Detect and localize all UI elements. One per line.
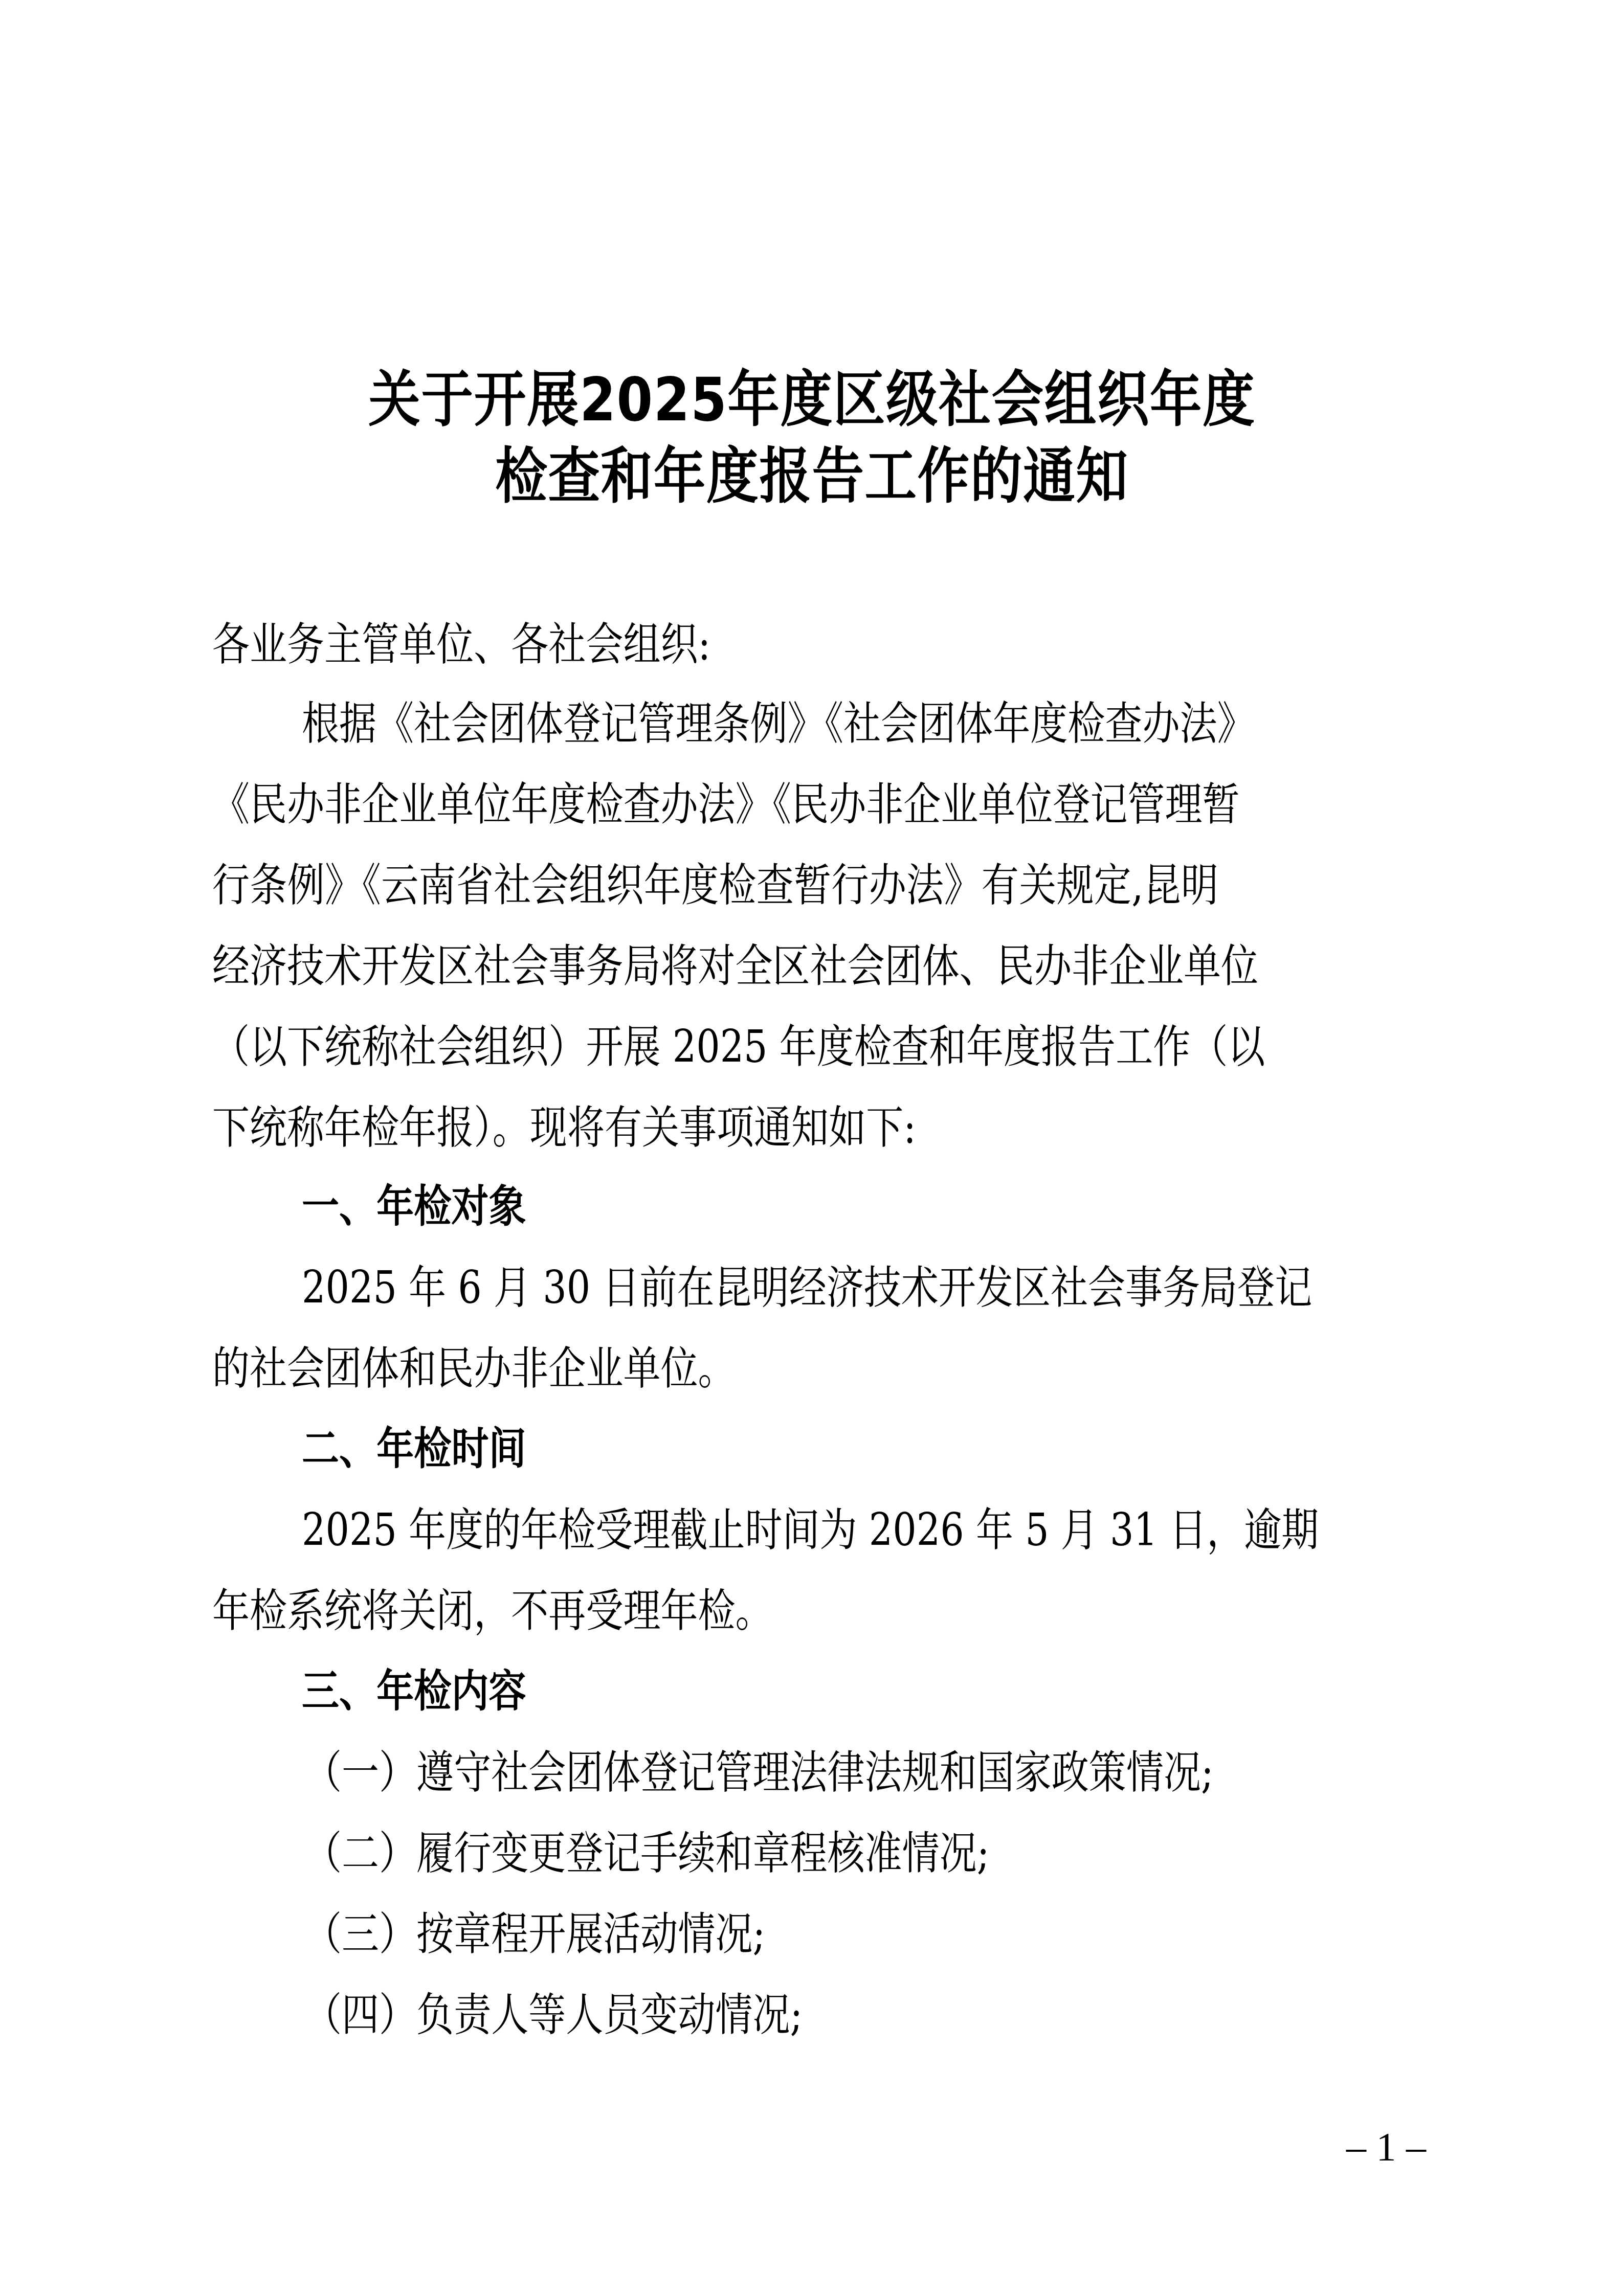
section-text: 年检系统将关闭，不再受理年检。	[212, 1583, 1218, 1639]
intro-line: （以下统称社会组织）开展 2025 年度检查和年度报告工作（以	[212, 1019, 1218, 1075]
content-list-item: （三）按章程开展活动情况;	[304, 1906, 765, 1962]
content-list-item: （一）遵守社会团体登记管理法律法规和国家政策情况;	[304, 1744, 1214, 1800]
document-page: 关于开展2025年度区级社会组织年度 检查和年度报告工作的通知 各业务主管单位、…	[0, 0, 1624, 2296]
intro-line: 根据《社会团体登记管理条例》《社会团体年度检查办法》	[302, 695, 1219, 752]
intro-line: 经济技术开发区社会事务局将对全区社会团体、民办非企业单位	[212, 938, 1218, 994]
intro-line: 行条例》《云南省社会组织年度检查暂行办法》有关规定,昆明	[212, 857, 1218, 913]
document-title-line-1: 关于开展2025年度区级社会组织年度	[114, 361, 1510, 438]
page-number: – 1 –	[1309, 2121, 1463, 2172]
intro-line: 《民办非企业单位年度检查办法》《民办非企业单位登记管理暂	[212, 776, 1218, 832]
intro-line: 下统称年检年报）。现将有关事项通知如下:	[212, 1099, 1218, 1156]
content-list-item: （二）履行变更登记手续和章程核准情况;	[304, 1825, 989, 1881]
section-heading-time: 二、年检时间	[302, 1421, 526, 1477]
section-text: 2025 年度的年检受理截止时间为 2026 年 5 月 31 日，逾期	[302, 1502, 1219, 1558]
section-heading-targets: 一、年检对象	[302, 1179, 526, 1235]
section-text: 2025 年 6 月 30 日前在昆明经济技术开发区社会事务局登记	[302, 1259, 1219, 1316]
salutation: 各业务主管单位、各社会组织:	[212, 616, 1218, 672]
section-heading-content: 三、年检内容	[302, 1663, 526, 1720]
document-title-line-2: 检查和年度报告工作的通知	[114, 438, 1510, 514]
content-list-item: （四）负责人等人员变动情况;	[304, 1987, 803, 2043]
section-text: 的社会团体和民办非企业单位。	[212, 1340, 1218, 1397]
